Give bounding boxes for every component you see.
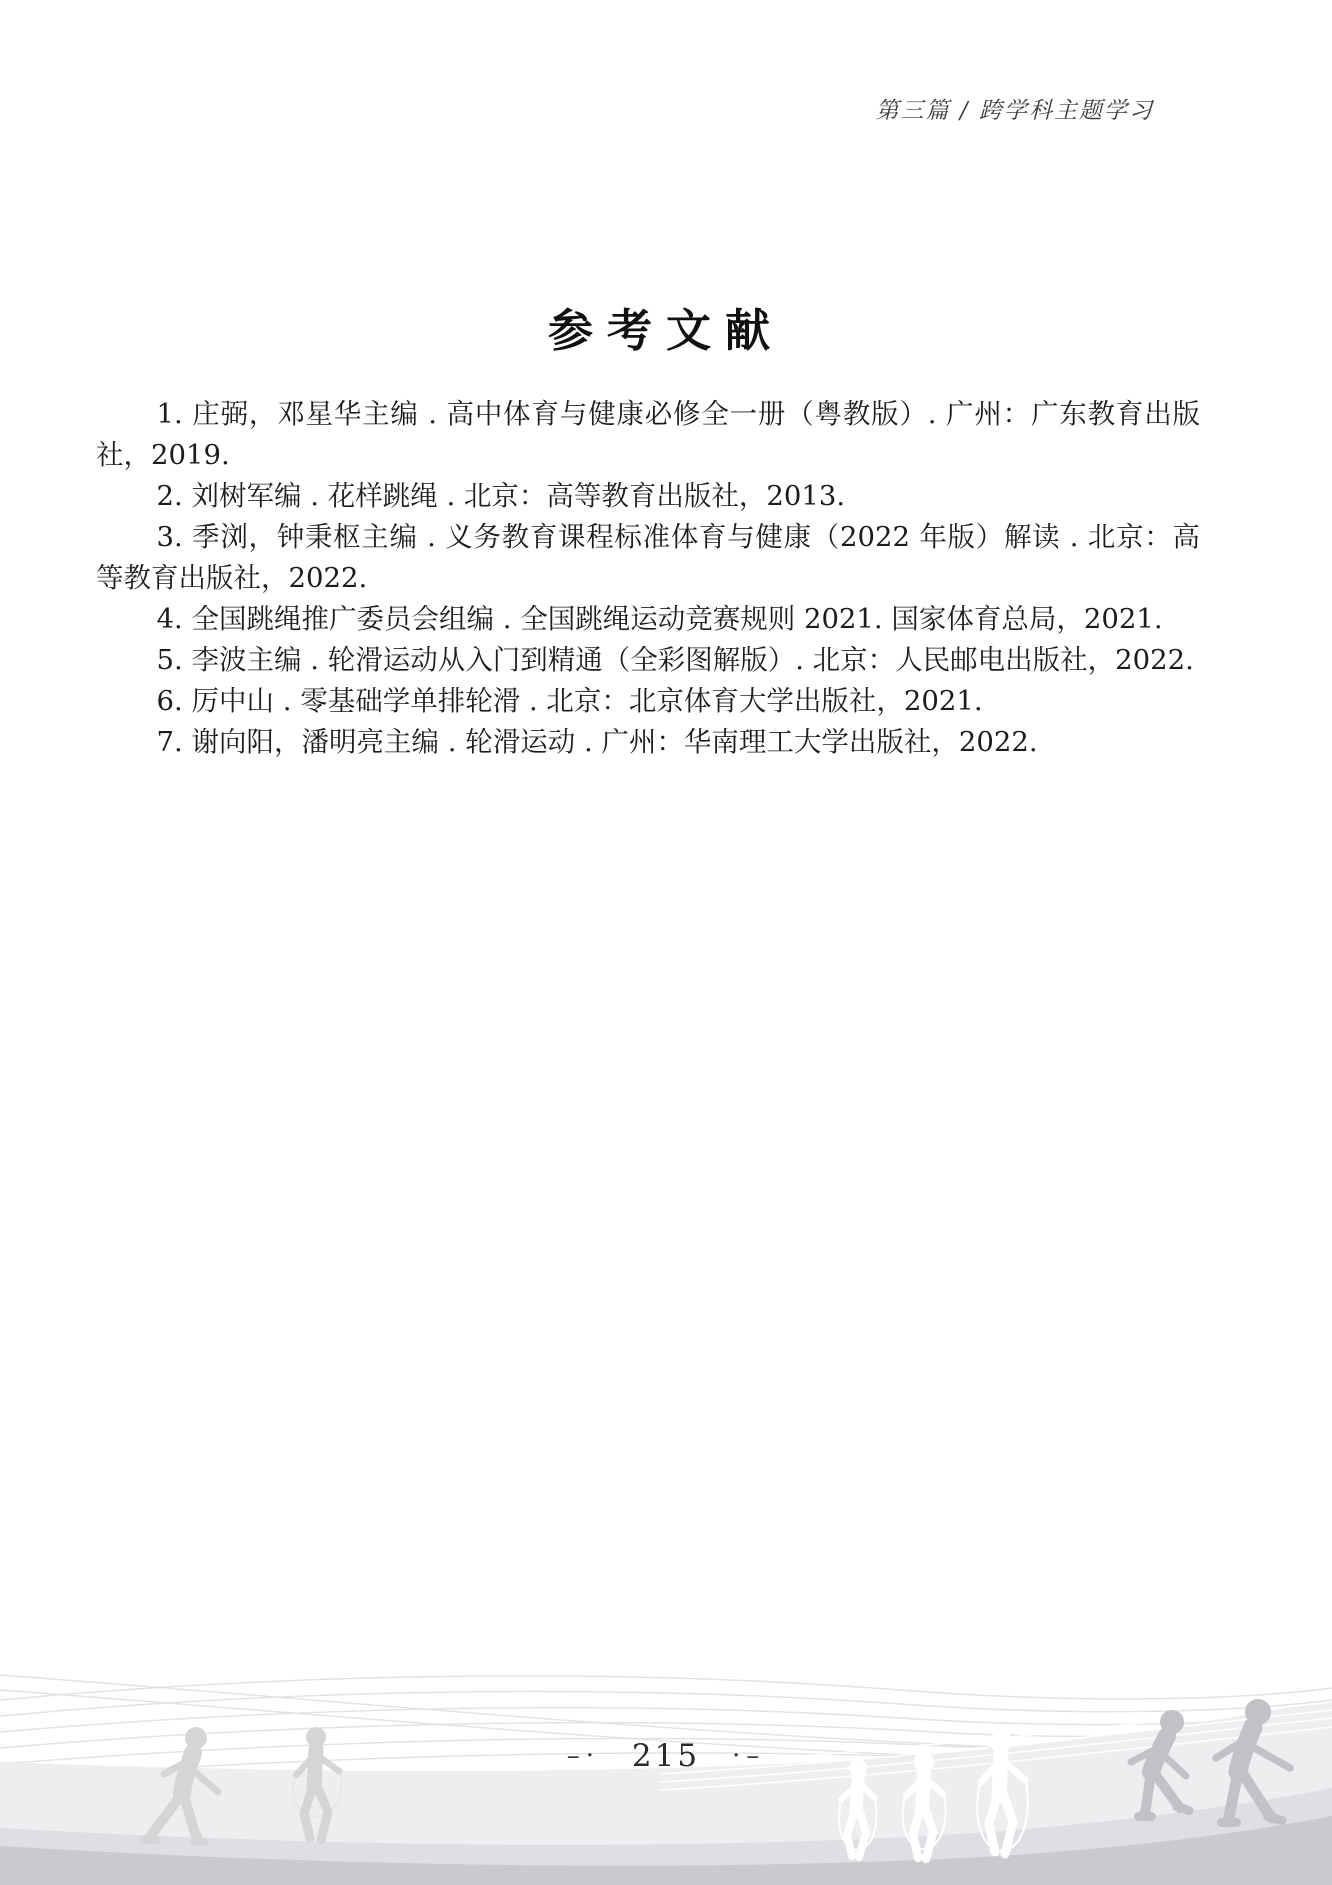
reference-item: 1. 庄弼，邓星华主编 . 高中体育与健康必修全一册（粤教版）. 广州：广东教育… (96, 394, 1200, 476)
page-number-ornament-left: –· (567, 1741, 600, 1771)
reference-item: 4. 全国跳绳推广委员会组编 . 全国跳绳运动竞赛规则 2021. 国家体育总局… (96, 599, 1200, 640)
reference-item: 6. 厉中山 . 零基础学单排轮滑 . 北京：北京体育大学出版社，2021. (96, 681, 1200, 722)
page-number-value: 215 (632, 1738, 700, 1774)
reference-item: 7. 谢向阳，潘明亮主编 . 轮滑运动 . 广州：华南理工大学出版社，2022. (96, 722, 1200, 763)
book-page: 第三篇 / 跨学科主题学习 参考文献 1. 庄弼，邓星华主编 . 高中体育与健康… (0, 0, 1332, 1885)
reference-item: 5. 李波主编 . 轮滑运动从入门到精通（全彩图解版）. 北京：人民邮电出版社，… (96, 640, 1200, 681)
references-list: 1. 庄弼，邓星华主编 . 高中体育与健康必修全一册（粤教版）. 广州：广东教育… (96, 394, 1200, 763)
page-title: 参考文献 (0, 294, 1332, 359)
reference-item: 3. 季浏，钟秉枢主编 . 义务教育课程标准体育与健康（2022 年版）解读 .… (96, 517, 1200, 599)
reference-item: 2. 刘树军编 . 花样跳绳 . 北京：高等教育出版社，2013. (96, 476, 1200, 517)
page-number: –· 215 ·– (0, 1738, 1332, 1774)
page-number-ornament-right: ·– (732, 1741, 765, 1771)
running-header: 第三篇 / 跨学科主题学习 (876, 92, 1154, 125)
